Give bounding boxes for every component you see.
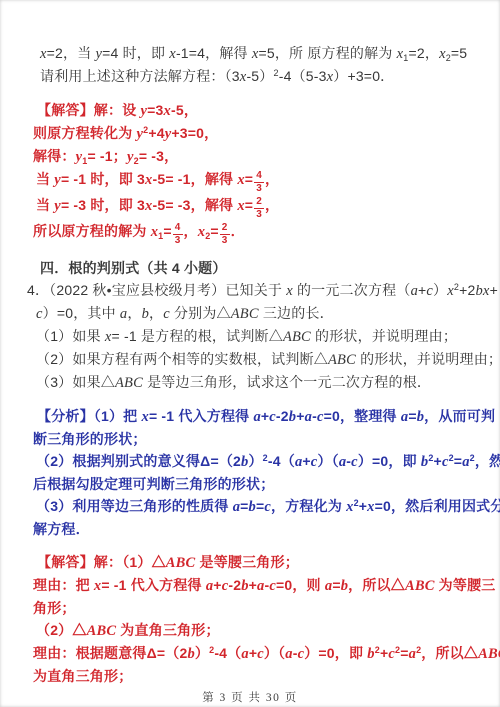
text-line: 后根据勾股定理可判断三角形的形状； [0,473,500,495]
math-variable: c [222,578,229,594]
fraction: 23 [254,197,264,220]
text-line: （2）根据判别式的意义得Δ=（2b）2-4（a+c）（a-c）=0，即 b2+c… [0,450,500,473]
math-variable: a [462,454,469,470]
math-variable: x [346,499,353,515]
superscript: 2 [470,453,475,463]
math-variable: x [141,409,148,425]
text-line: （2）△ABC 为直角三角形； [0,619,500,642]
superscript: 2 [274,68,279,78]
math-variable: ABC [328,352,356,368]
math-variable: c [388,646,395,662]
text-line: 请利用上述这种方法解方程：（3x-5）2-4（5-3x）+3=0． [0,65,500,88]
math-variable: a [409,646,416,662]
math-variable: a [411,283,418,299]
document-body: x=2，当 y=4 时，即 x-1=4，解得 x=5，所 原方程的解为 x1=2… [0,42,500,687]
text-line: 理由：根据题意得Δ=（2b）2-4（a+c）（a-c）=0，即 b2+c2=a2… [0,642,500,665]
math-variable: x [327,69,334,85]
text-line: 【分析】（1）把 x= -1 代入方程得 a+c-2b+a-c=0，整理得 a=… [0,405,500,428]
math-variable: x [105,329,112,345]
math-variable: x [367,499,374,515]
math-variable: a [325,578,332,594]
fraction: 43 [173,223,183,246]
math-variable: x [447,283,454,299]
math-variable: y [96,46,103,62]
math-variable: x [94,578,101,594]
math-variable: c [257,646,264,662]
math-variable: x [169,46,176,62]
math-variable: ABC [166,555,196,571]
math-variable: c [298,646,305,662]
math-variable: a [339,454,346,470]
paragraph-gap [0,540,500,551]
fraction: 43 [254,171,264,194]
math-variable: a [120,306,127,322]
text-line: 【解答】解：（1）△ABC 是等腰三角形； [0,551,500,574]
math-variable: a [401,409,408,425]
math-variable: x [240,69,247,85]
math-variable: ABC [478,646,500,662]
subscript: 1 [82,156,87,166]
superscript: 2 [354,498,359,508]
superscript: 2 [454,282,459,292]
text-line: 为直角三角形； [0,665,500,687]
math-variable: x [286,283,293,299]
text-line: 理由：把 x= -1 代入方程得 a+c-2b+a-c=0，则 a=b，所以△A… [0,574,500,597]
math-variable: c [264,499,271,515]
subscript: 1 [158,231,163,241]
math-variable: c [36,306,43,322]
math-variable: c [269,578,276,594]
math-variable: c [163,306,170,322]
subscript: 2 [446,53,451,63]
text-line: 解方程． [0,518,500,540]
math-variable: b [341,578,348,594]
math-variable: c [426,283,433,299]
math-variable: a [241,646,248,662]
math-variable: b [142,306,149,322]
math-variable: x [40,46,47,62]
math-variable: bx [475,283,489,299]
math-variable: x [439,46,446,62]
text-line: x=2，当 y=4 时，即 x-1=4，解得 x=5，所 原方程的解为 x1=2… [0,42,500,65]
superscript: 2 [449,453,454,463]
text-line: 则原方程转化为 y2+4y+3=0， [0,122,500,145]
math-variable: a [206,578,213,594]
math-variable: c [351,454,358,470]
text-line: （3）如果△ABC 是等边三角形，试求这个一元二次方程的根． [0,371,500,394]
math-variable: c [269,409,276,425]
math-variable: ABC [231,306,259,322]
math-variable: a [305,409,312,425]
text-line: 角形； [0,597,500,619]
math-variable: x [164,103,171,119]
math-variable: x [237,172,244,188]
math-variable: x [145,198,152,214]
superscript: 2 [416,645,421,655]
text-line: 断三角形的形状； [0,428,500,450]
subscript: 2 [134,156,139,166]
math-variable: b [187,646,194,662]
document-page: x=2，当 y=4 时，即 x-1=4，解得 x=5，所 原方程的解为 x1=2… [0,0,500,707]
superscript: 2 [143,125,148,135]
math-variable: b [249,499,256,515]
math-variable: b [417,409,424,425]
superscript: 2 [375,645,380,655]
math-variable: y [127,149,134,165]
math-variable: a [233,499,240,515]
paragraph-gap [0,246,500,257]
math-variable: b [367,646,374,662]
text-line: c）=0，其中 a，b，c 分别为△ABC 三边的长． [0,302,500,325]
math-variable: x [145,172,152,188]
paragraph-gap [0,88,500,99]
text-line: 当 y= -1 时，即 3x-5= -1，解得 x=43， [0,168,500,194]
math-variable: y [54,172,61,188]
text-line: 所以原方程的解为 x1=43，x2=23． [0,220,500,246]
math-variable: ABC [283,329,311,345]
text-line: 四．根的判别式（共 4 小题） [0,257,500,279]
subscript: 1 [403,53,408,63]
text-line: 4．（2022 秋•宝应县校级月考）已知关于 x 的一元二次方程（a+c）x2+… [0,279,500,302]
text-line: （2）如果方程有两个相等的实数根，试判断△ABC 的形状，并说明理由； [0,348,500,371]
math-variable: ABC [405,578,435,594]
math-variable: x [237,198,244,214]
text-line: （3）利用等边三角形的性质得 a=b=c，方程化为 x2+x=0，然后利用因式分… [0,495,500,518]
superscript: 2 [428,453,433,463]
text-line: 当 y= -3 时，即 3x-5= -3，解得 x=23， [0,194,500,220]
math-variable: a [253,409,260,425]
math-variable: x [252,46,259,62]
math-variable: c [442,454,449,470]
math-variable: b [241,578,248,594]
superscript: 2 [263,453,268,463]
paragraph-gap [0,394,500,405]
superscript: 2 [209,645,214,655]
subscript: 2 [205,231,210,241]
math-variable: a [285,646,292,662]
math-variable: b [289,409,296,425]
math-variable: ABC [115,375,143,391]
text-line: 解得：y1= -1；y2= -3， [0,145,500,168]
math-variable: y [165,126,172,142]
math-variable: ABC [87,623,117,639]
math-variable: y [54,198,61,214]
math-variable: a [295,454,302,470]
superscript: 2 [395,645,400,655]
page-footer: 第 3 页 共 30 页 [0,689,500,705]
math-variable: y [141,103,148,119]
text-line: 【解答】解：设 y=3x-5， [0,99,500,122]
math-variable: a [257,578,264,594]
fraction: 23 [220,223,230,246]
text-line: （1）如果 x= -1 是方程的根，试判断△ABC 的形状，并说明理由； [0,325,500,348]
math-variable: b [241,454,248,470]
math-variable: c [311,454,318,470]
math-variable: c [317,409,324,425]
